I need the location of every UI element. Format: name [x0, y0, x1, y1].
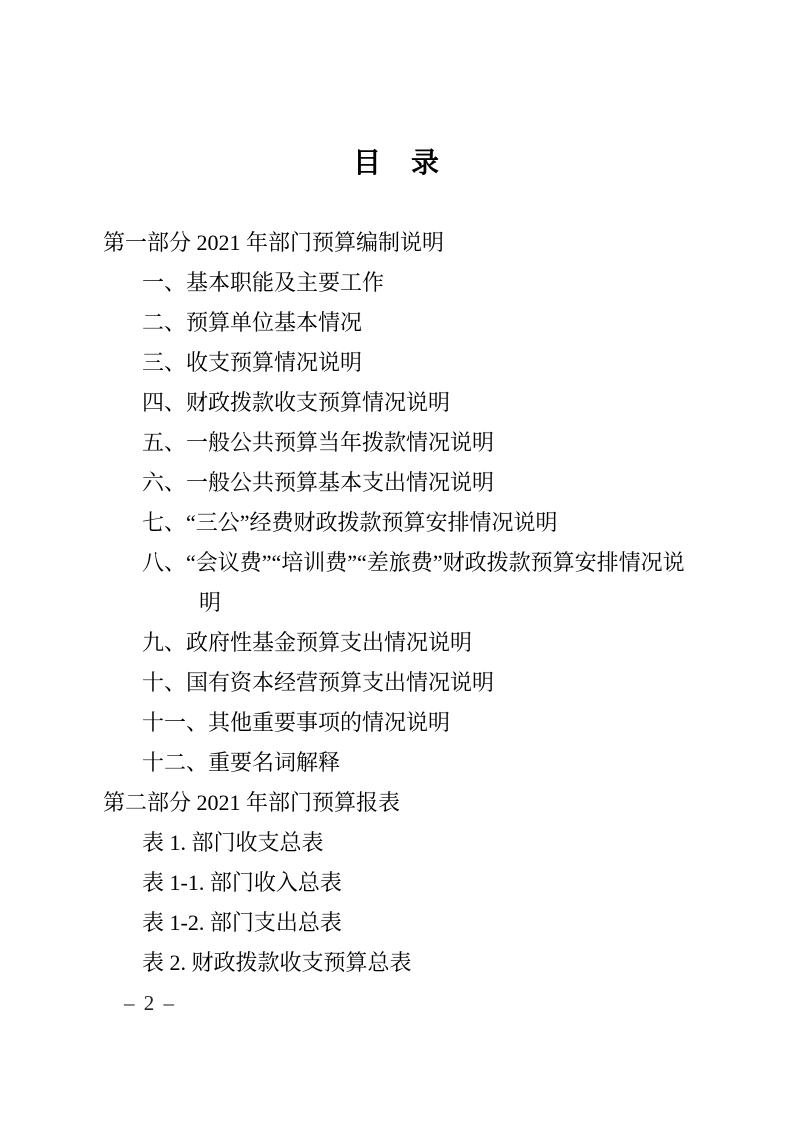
toc-item-4: 四、财政拨款收支预算情况说明 — [0, 383, 793, 423]
table-of-contents: 第一部分 2021 年部门预算编制说明 一、基本职能及主要工作 二、预算单位基本… — [0, 223, 793, 983]
toc-item-8: 八、“会议费”“培训费”“差旅费”财政拨款预算安排情况说 明 — [0, 543, 793, 623]
toc-item-9: 九、政府性基金预算支出情况说明 — [0, 623, 793, 663]
toc-item-10: 十、国有资本经营预算支出情况说明 — [0, 663, 793, 703]
page-number: – 2 – — [124, 991, 174, 1015]
toc-item-11: 十一、其他重要事项的情况说明 — [0, 703, 793, 743]
toc-table-1: 表 1. 部门收支总表 — [0, 823, 793, 863]
toc-table-2: 表 2. 财政拨款收支预算总表 — [0, 943, 793, 983]
toc-item-1: 一、基本职能及主要工作 — [0, 263, 793, 303]
toc-section-heading-part2: 第二部分 2021 年部门预算报表 — [0, 783, 793, 823]
toc-table-1-1: 表 1-1. 部门收入总表 — [0, 863, 793, 903]
toc-item-5: 五、一般公共预算当年拨款情况说明 — [0, 423, 793, 463]
document-page: 目 录 第一部分 2021 年部门预算编制说明 一、基本职能及主要工作 二、预算… — [0, 0, 793, 1122]
toc-table-1-2: 表 1-2. 部门支出总表 — [0, 903, 793, 943]
toc-item-2: 二、预算单位基本情况 — [0, 303, 793, 343]
toc-section-heading-part1: 第一部分 2021 年部门预算编制说明 — [0, 223, 793, 263]
toc-item-7: 七、“三公”经费财政拨款预算安排情况说明 — [0, 503, 793, 543]
toc-item-12: 十二、重要名词解释 — [0, 743, 793, 783]
toc-item-3: 三、收支预算情况说明 — [0, 343, 793, 383]
page-title: 目 录 — [0, 144, 793, 184]
toc-item-6: 六、一般公共预算基本支出情况说明 — [0, 463, 793, 503]
